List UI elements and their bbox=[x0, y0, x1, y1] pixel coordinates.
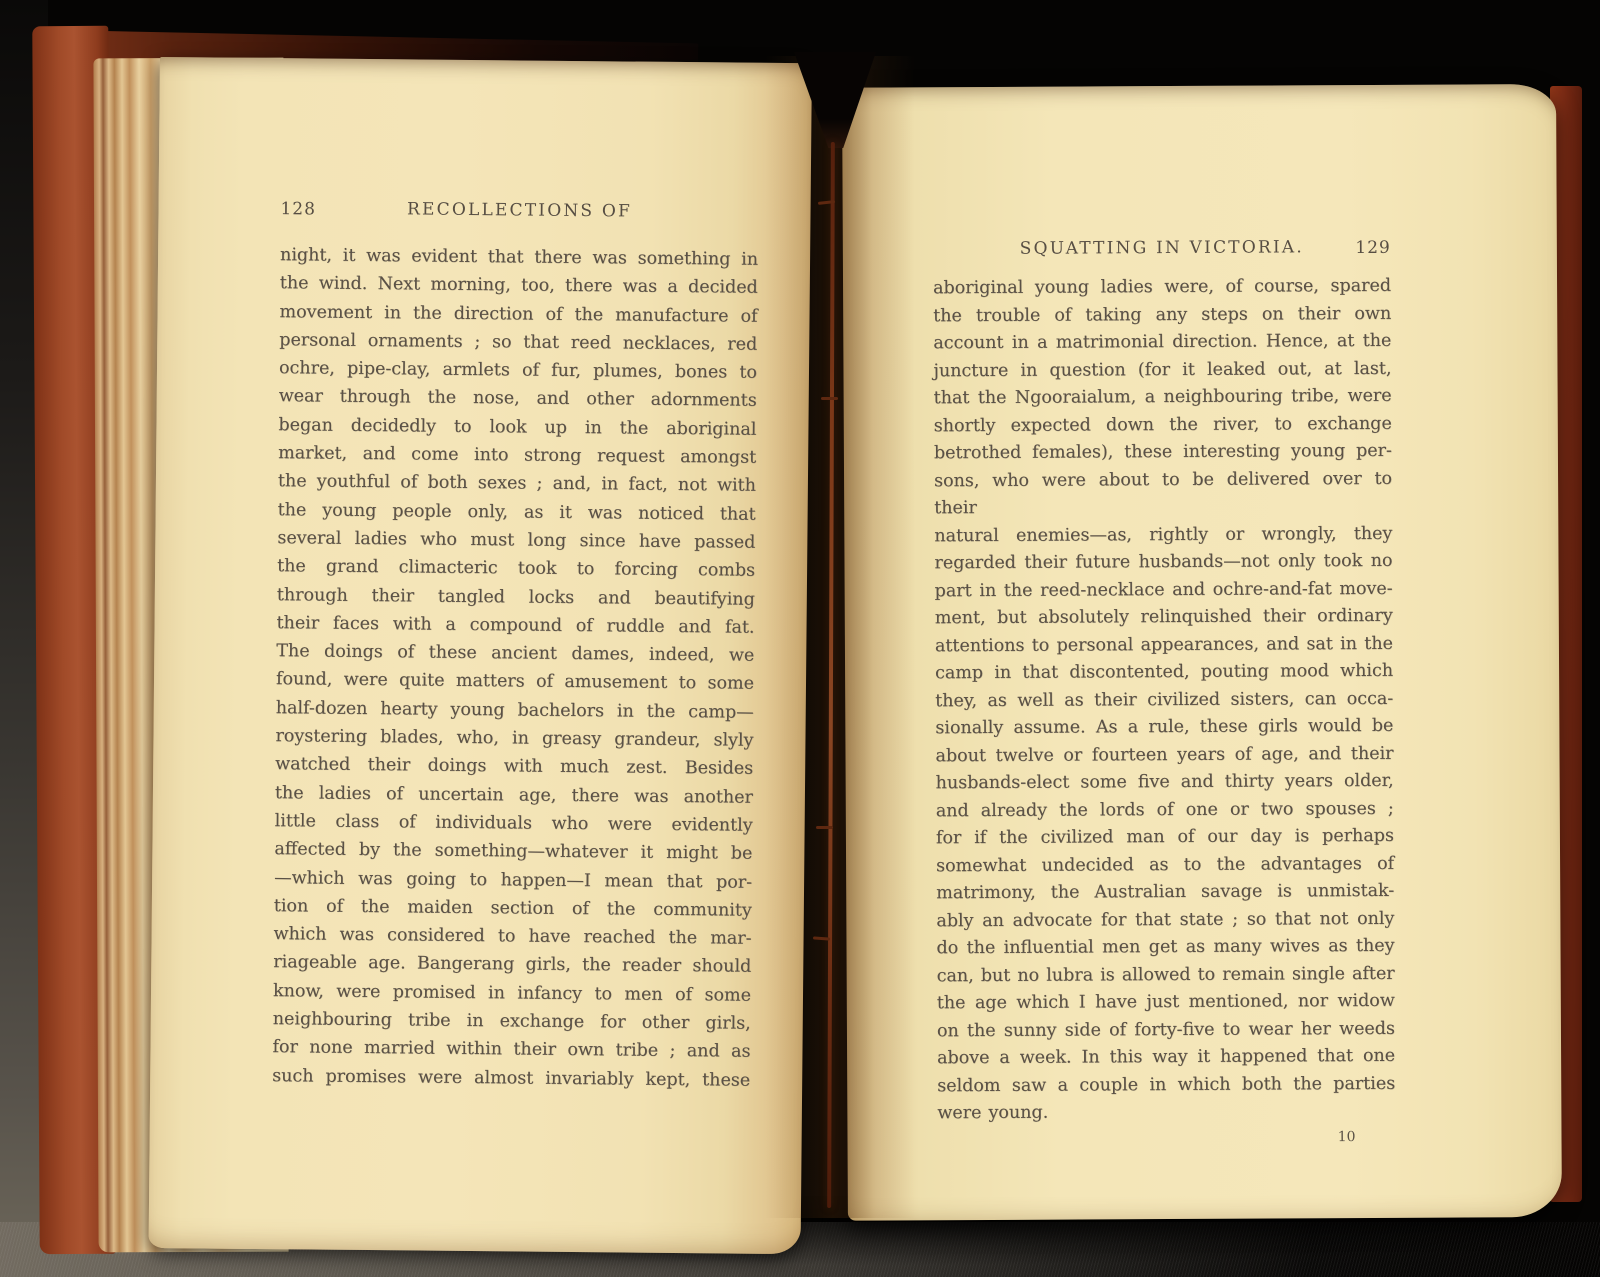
text-line: for none married within their own tribe … bbox=[272, 1033, 750, 1066]
text-line: the young people only, as it was noticed… bbox=[278, 496, 756, 529]
text-line: attentions to personal appearances, and … bbox=[935, 630, 1393, 660]
text-line: the wind. Next morning, too, there was a… bbox=[280, 269, 758, 302]
text-line: ment, but absolutely relinquished their … bbox=[935, 603, 1393, 633]
text-line: —which was going to happen—I mean that p… bbox=[274, 864, 752, 897]
binding-stitch bbox=[813, 936, 830, 940]
text-line: for if the civilized man of our day is p… bbox=[936, 823, 1394, 853]
binding-thread bbox=[827, 142, 835, 1208]
text-line: watched their doings with much zest. Bes… bbox=[275, 750, 753, 783]
page-number: 128 bbox=[280, 199, 316, 219]
text-line: personal ornaments ; so that reed neckla… bbox=[279, 326, 757, 359]
running-header: RECOLLECTIONS OF bbox=[280, 198, 758, 223]
text-line: regarded their future husbands—not only … bbox=[934, 548, 1392, 578]
text-line: sionally assume. As a rule, these girls … bbox=[935, 713, 1393, 743]
text-line: little class of individuals who were evi… bbox=[275, 807, 753, 840]
text-line: that the Ngooraialum, a neighbouring tri… bbox=[934, 383, 1392, 413]
text-line: movement in the direction of the manufac… bbox=[279, 298, 757, 331]
text-line: found, were quite matters of amusement t… bbox=[276, 666, 754, 699]
text-line: the ladies of uncertain age, there was a… bbox=[275, 779, 753, 812]
text-line: ochre, pipe-clay, armlets of fur, plumes… bbox=[279, 354, 757, 387]
text-line: ably an advocate for that state ; so tha… bbox=[936, 905, 1394, 935]
text-line: the grand climacteric took to forcing co… bbox=[277, 552, 755, 585]
text-line: husbands-elect some five and thirty year… bbox=[936, 768, 1394, 798]
text-line: roystering blades, who, in greasy grande… bbox=[275, 722, 753, 755]
text-line: on the sunny side of forty-five to wear … bbox=[937, 1015, 1395, 1045]
text-line: part in the reed-necklace and ochre-and-… bbox=[935, 575, 1393, 605]
text-line: affected by the something—whatever it mi… bbox=[274, 835, 752, 868]
text-line: wear through the nose, and other adornme… bbox=[279, 383, 757, 416]
photograph-of-open-book: 128 RECOLLECTIONS OF night, it was evide… bbox=[0, 0, 1600, 1277]
text-line: riageable age. Bangerang girls, the read… bbox=[273, 949, 751, 982]
text-line: shortly expected down the river, to exch… bbox=[934, 410, 1392, 440]
text-line: betrothed females), these interesting yo… bbox=[934, 438, 1392, 468]
text-line: seldom saw a couple in which both the pa… bbox=[937, 1070, 1395, 1100]
text-line: were young. bbox=[937, 1098, 1395, 1128]
text-line: do the influential men get as many wives… bbox=[936, 933, 1394, 963]
right-page-text: SQUATTING IN VICTORIA. 129 aboriginal yo… bbox=[933, 237, 1396, 1147]
right-page: SQUATTING IN VICTORIA. 129 aboriginal yo… bbox=[842, 84, 1562, 1221]
text-line: natural enemies—as, rightly or wrongly, … bbox=[934, 520, 1392, 550]
text-line: about twelve or fourteen years of age, a… bbox=[935, 740, 1393, 770]
text-line: somewhat undecided as to the advantages … bbox=[936, 850, 1394, 880]
text-line: The doings of these ancient dames, indee… bbox=[276, 637, 754, 670]
left-page-body: night, it was evident that there was som… bbox=[272, 241, 758, 1094]
text-line: market, and come into strong request amo… bbox=[278, 439, 756, 472]
text-line: half-dozen hearty young bachelors in the… bbox=[276, 694, 754, 727]
left-page-text: 128 RECOLLECTIONS OF night, it was evide… bbox=[272, 198, 759, 1094]
text-line: matrimony, the Australian savage is unmi… bbox=[936, 878, 1394, 908]
left-page: 128 RECOLLECTIONS OF night, it was evide… bbox=[149, 57, 812, 1254]
text-line: above a week. In this way it happened th… bbox=[937, 1043, 1395, 1073]
text-line: tion of the maiden section of the commun… bbox=[274, 892, 752, 925]
text-line: neighbouring tribe in exchange for other… bbox=[273, 1005, 751, 1038]
text-line: aboriginal young ladies were, of course,… bbox=[933, 273, 1391, 303]
text-line: account in a matrimonial direction. Henc… bbox=[933, 328, 1391, 358]
binding-stitch bbox=[821, 397, 838, 400]
text-line: the age which I have just mentioned, nor… bbox=[937, 988, 1395, 1018]
running-header: SQUATTING IN VICTORIA. bbox=[933, 237, 1391, 259]
text-line: the youthful of both sexes ; and, in fac… bbox=[278, 468, 756, 501]
right-page-header: SQUATTING IN VICTORIA. 129 bbox=[933, 237, 1391, 263]
page-number: 129 bbox=[1355, 238, 1391, 258]
text-line: through their tangled locks and beautify… bbox=[277, 581, 755, 614]
text-line: began decidedly to look up in the aborig… bbox=[278, 411, 756, 444]
text-line: several ladies who must long since have … bbox=[277, 524, 755, 557]
binding-stitch bbox=[816, 826, 833, 829]
text-line: juncture in question (for it leaked out,… bbox=[933, 355, 1391, 385]
text-line: which was considered to have reached the… bbox=[273, 920, 751, 953]
text-line: know, were promised in infancy to men of… bbox=[273, 977, 751, 1010]
text-line: sons, who were about to be delivered ove… bbox=[934, 465, 1392, 522]
text-line: their faces with a compound of ruddle an… bbox=[276, 609, 754, 642]
text-line: they, as well as their civilized sisters… bbox=[935, 685, 1393, 715]
text-line: such promises were almost invariably kep… bbox=[272, 1062, 750, 1095]
right-page-body: aboriginal young ladies were, of course,… bbox=[933, 273, 1395, 1128]
signature-mark: 10 bbox=[937, 1128, 1395, 1146]
text-line: and already the lords of one or two spou… bbox=[936, 795, 1394, 825]
text-line: can, but no lubra is allowed to remain s… bbox=[937, 960, 1395, 990]
text-line: camp in that discontented, pouting mood … bbox=[935, 658, 1393, 688]
text-line: the trouble of taking any steps on their… bbox=[933, 300, 1391, 330]
text-line: night, it was evident that there was som… bbox=[280, 241, 758, 274]
left-page-header: 128 RECOLLECTIONS OF bbox=[280, 198, 758, 227]
